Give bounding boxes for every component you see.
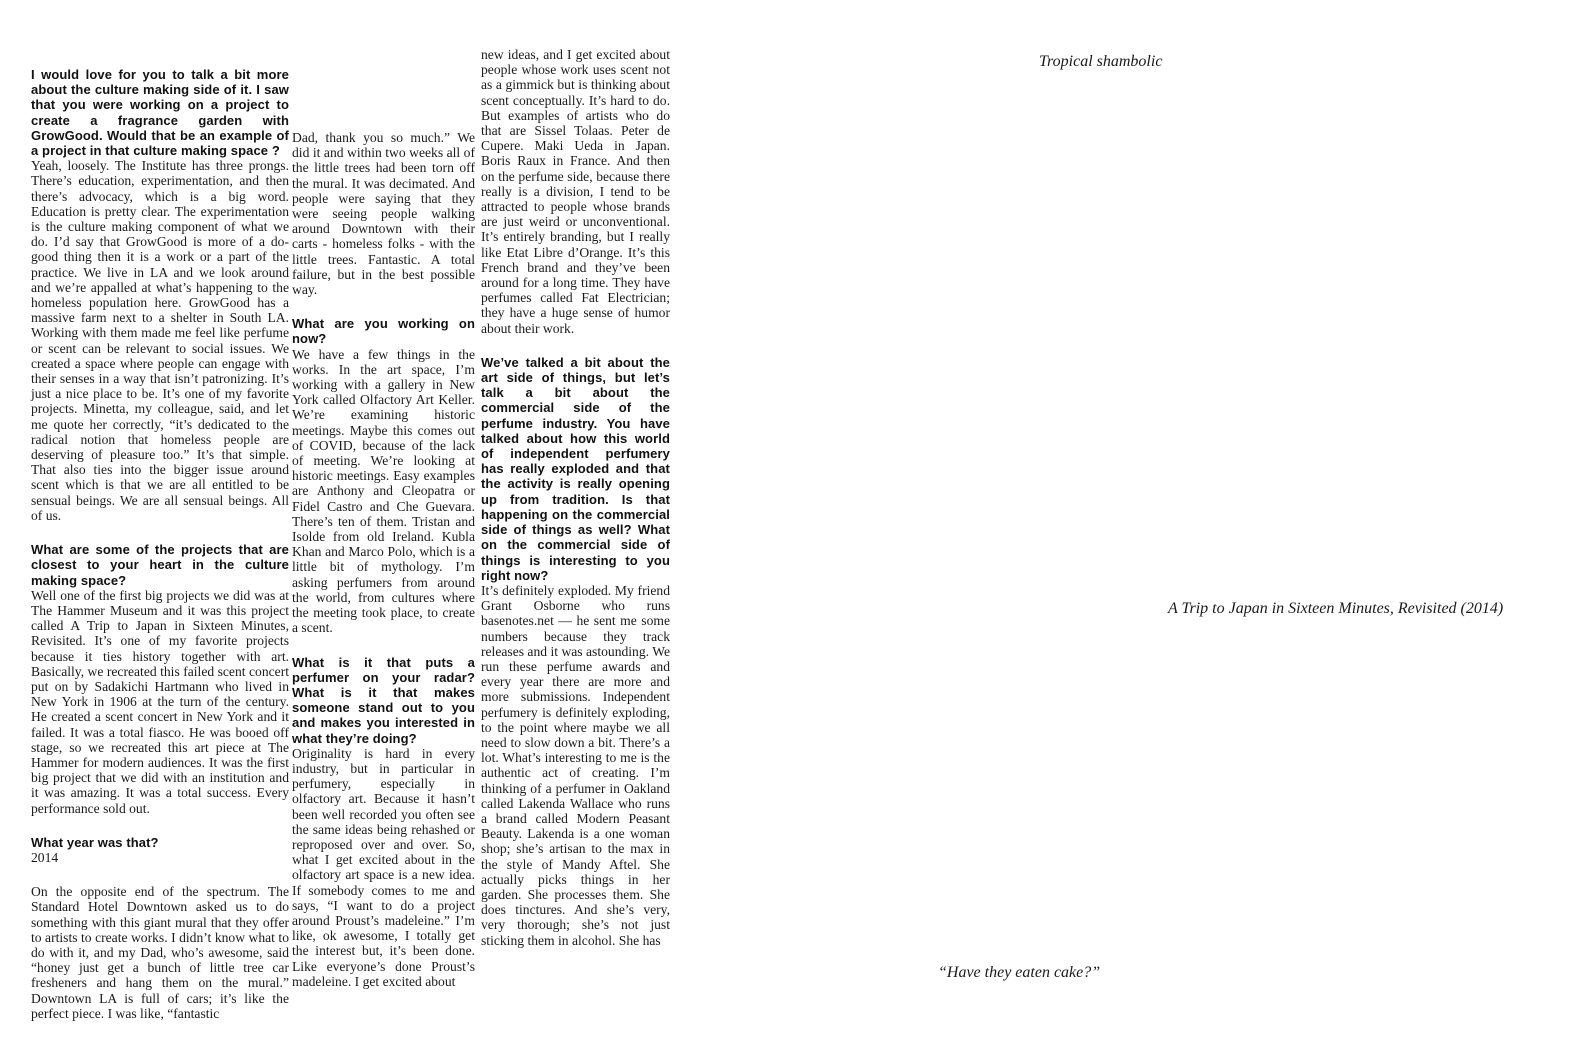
- interview-question: We’ve talked a bit about the art side of…: [481, 355, 670, 583]
- interview-answer: On the opposite end of the spectrum. The…: [31, 884, 289, 1021]
- interview-question: What are some of the projects that are c…: [31, 542, 289, 588]
- interview-answer: Yeah, loosely. The Institute has three p…: [31, 158, 289, 523]
- interview-answer: It’s definitely exploded. My friend Gran…: [481, 583, 670, 948]
- interview-answer: 2014: [31, 850, 289, 865]
- caption-tropical-shambolic: Tropical shambolic: [1039, 53, 1162, 71]
- interview-question: What is it that puts a perfumer on your …: [292, 655, 475, 746]
- text-column-3: new ideas, and I get excited about peopl…: [481, 47, 670, 948]
- text-column-1: I would love for you to talk a bit more …: [31, 67, 289, 1021]
- interview-question: What are you working on now?: [292, 316, 475, 346]
- caption-trip-to-japan: A Trip to Japan in Sixteen Minutes, Revi…: [1168, 600, 1503, 618]
- interview-question: What year was that?: [31, 835, 289, 850]
- interview-answer: Originality is hard in every industry, b…: [292, 746, 475, 989]
- text-column-2: Dad, thank you so much.” We did it and w…: [292, 130, 475, 989]
- caption-have-they-eaten-cake: “Have they eaten cake?”: [938, 964, 1100, 982]
- interview-answer: Dad, thank you so much.” We did it and w…: [292, 130, 475, 297]
- interview-answer: Well one of the first big projects we di…: [31, 588, 289, 816]
- interview-answer: new ideas, and I get excited about peopl…: [481, 47, 670, 336]
- interview-answer: We have a few things in the works. In th…: [292, 347, 475, 636]
- interview-question: I would love for you to talk a bit more …: [31, 67, 289, 158]
